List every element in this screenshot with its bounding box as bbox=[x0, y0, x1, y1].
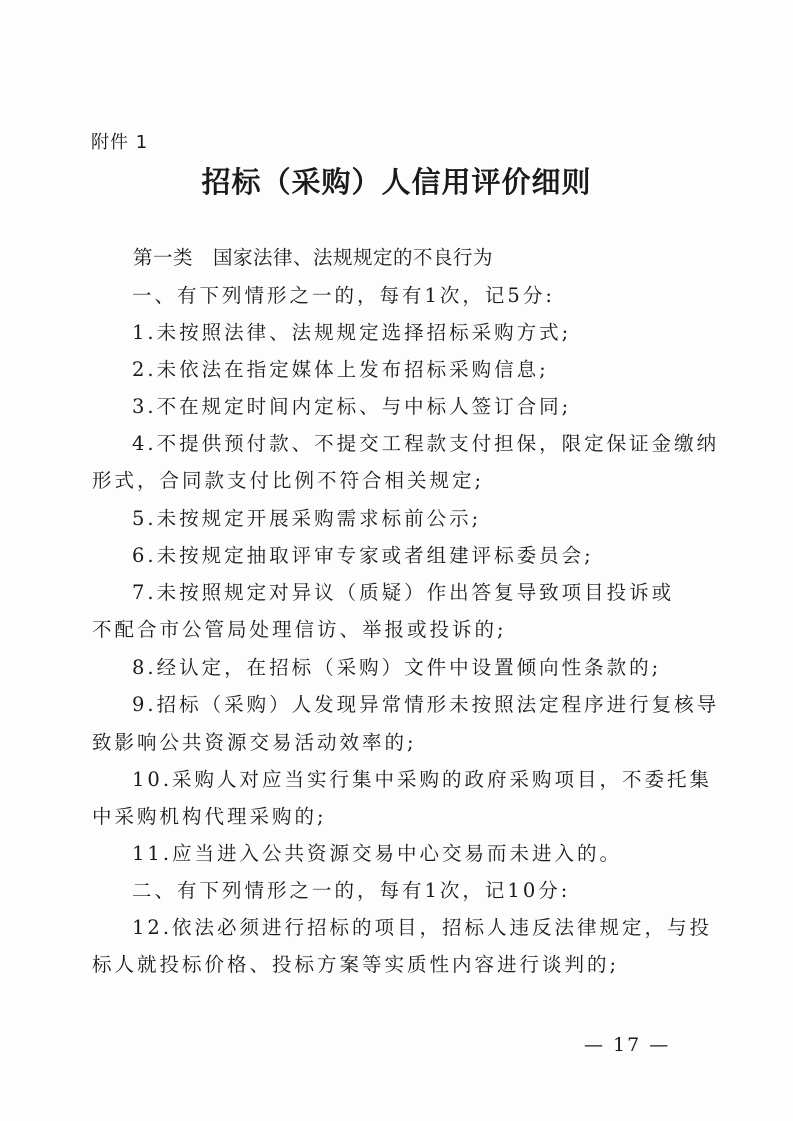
list-item-continuation: 标人就投标价格、投标方案等实质性内容进行谈判的; bbox=[92, 949, 619, 977]
document-title: 招标（采购）人信用评价细则 bbox=[0, 160, 793, 201]
list-item: 9.招标（采购）人发现异常情形未按照法定程序进行复核导 bbox=[132, 689, 719, 717]
list-item: 2.未依法在指定媒体上发布招标采购信息; bbox=[132, 354, 549, 382]
list-item: 11.应当进入公共资源交易中心交易而未进入的。 bbox=[132, 838, 622, 866]
list-item-continuation: 中采购机构代理采购的; bbox=[92, 801, 327, 829]
list-item-continuation: 致影响公共资源交易活动效率的; bbox=[92, 727, 417, 755]
subheading-line: 一、有下列情形之一的，每有1次，记5分: bbox=[132, 280, 555, 308]
section-heading: 第一类 国家法律、法规规定的不良行为 bbox=[133, 242, 493, 270]
attachment-label: 附件 1 bbox=[91, 128, 148, 154]
list-item: 4.不提供预付款、不提交工程款支付担保，限定保证金缴纳 bbox=[132, 428, 719, 456]
list-item: 8.经认定，在招标（采购）文件中设置倾向性条款的; bbox=[132, 652, 661, 680]
document-page: 附件 1 招标（采购）人信用评价细则 第一类 国家法律、法规规定的不良行为 一、… bbox=[0, 0, 793, 1121]
list-item: 5.未按规定开展采购需求标前公示; bbox=[132, 503, 481, 531]
list-item: 12.依法必须进行招标的项目，招标人违反法律规定，与投 bbox=[132, 912, 712, 940]
subheading-line: 二、有下列情形之一的，每有1次，记10分: bbox=[132, 875, 570, 903]
list-item: 7.未按照规定对异议（质疑）作出答复导致项目投诉或 bbox=[132, 577, 674, 605]
list-item: 6.未按规定抽取评审专家或者组建评标委员会; bbox=[132, 540, 594, 568]
page-number: — 17 — bbox=[584, 1034, 670, 1056]
list-item: 3.不在规定时间内定标、与中标人签订合同; bbox=[132, 391, 571, 419]
list-item: 10.采购人对应当实行集中采购的政府采购项目，不委托集 bbox=[132, 764, 712, 792]
list-item-continuation: 形式，合同款支付比例不符合相关规定; bbox=[92, 465, 484, 493]
list-item-continuation: 不配合市公管局处理信访、举报或投诉的; bbox=[92, 614, 507, 642]
list-item: 1.未按照法律、法规规定选择招标采购方式; bbox=[132, 317, 571, 345]
